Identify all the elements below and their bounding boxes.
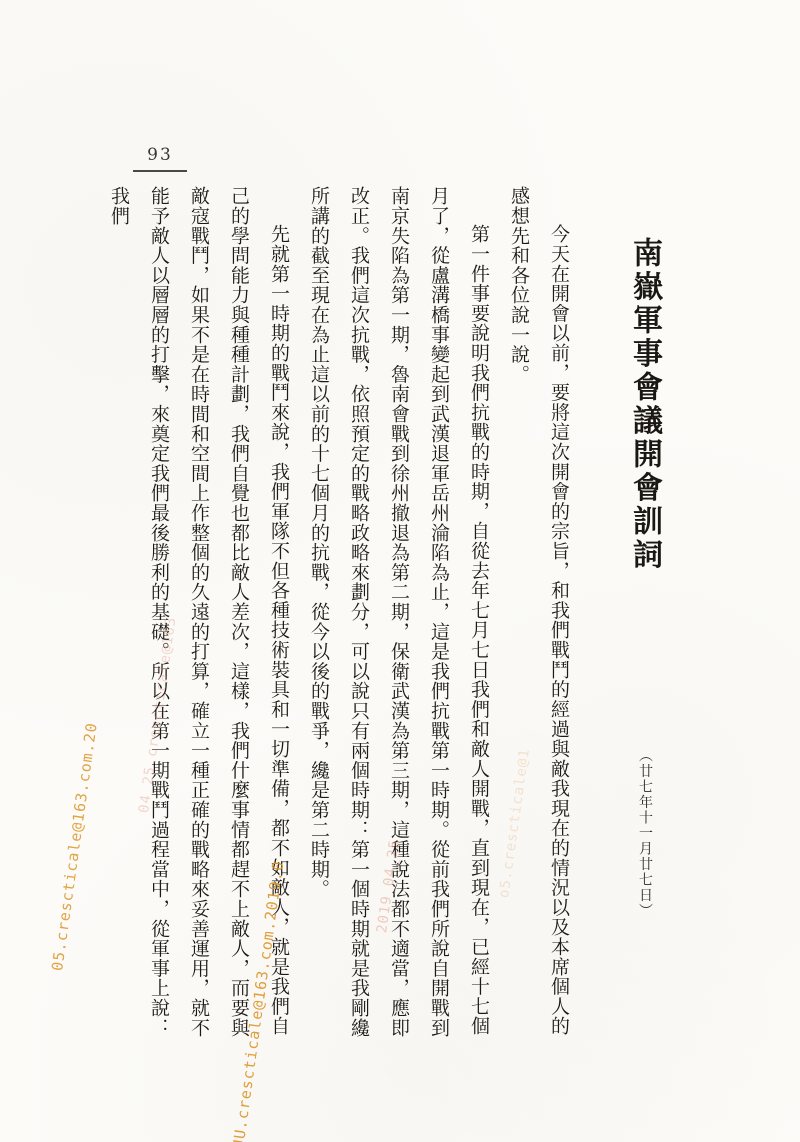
paragraph-2: 第一件事要說明我們抗戰的時期，自從去年七月七日我們和敵人開戰，直到現在，已經十七… (298, 186, 498, 1038)
document-body: 今天在開會以前，要將這次開會的宗旨，和我們戰鬥的經過與敵我現在的情況以及本席個人… (98, 186, 578, 1038)
watermark-text: 05.crescticale@163.com.20 (48, 721, 101, 972)
scanned-page: 93 南嶽軍事會議開會訓詞 （廿七年十一月廿七日） 今天在開會以前，要將這次開會… (0, 0, 800, 1142)
paragraph-3: 先就第一時期的戰鬥來說，我們軍隊不但各種技術裝具和一切準備，都不如敵人，就是我們… (98, 186, 298, 1038)
page-number: 93 (133, 145, 187, 172)
document-date: （廿七年十一月廿七日） (634, 748, 654, 919)
paragraph-1: 今天在開會以前，要將這次開會的宗旨，和我們戰鬥的經過與敵我現在的情況以及本席個人… (498, 186, 578, 1038)
document-title: 南嶽軍事會議開會訓詞 (622, 237, 666, 572)
